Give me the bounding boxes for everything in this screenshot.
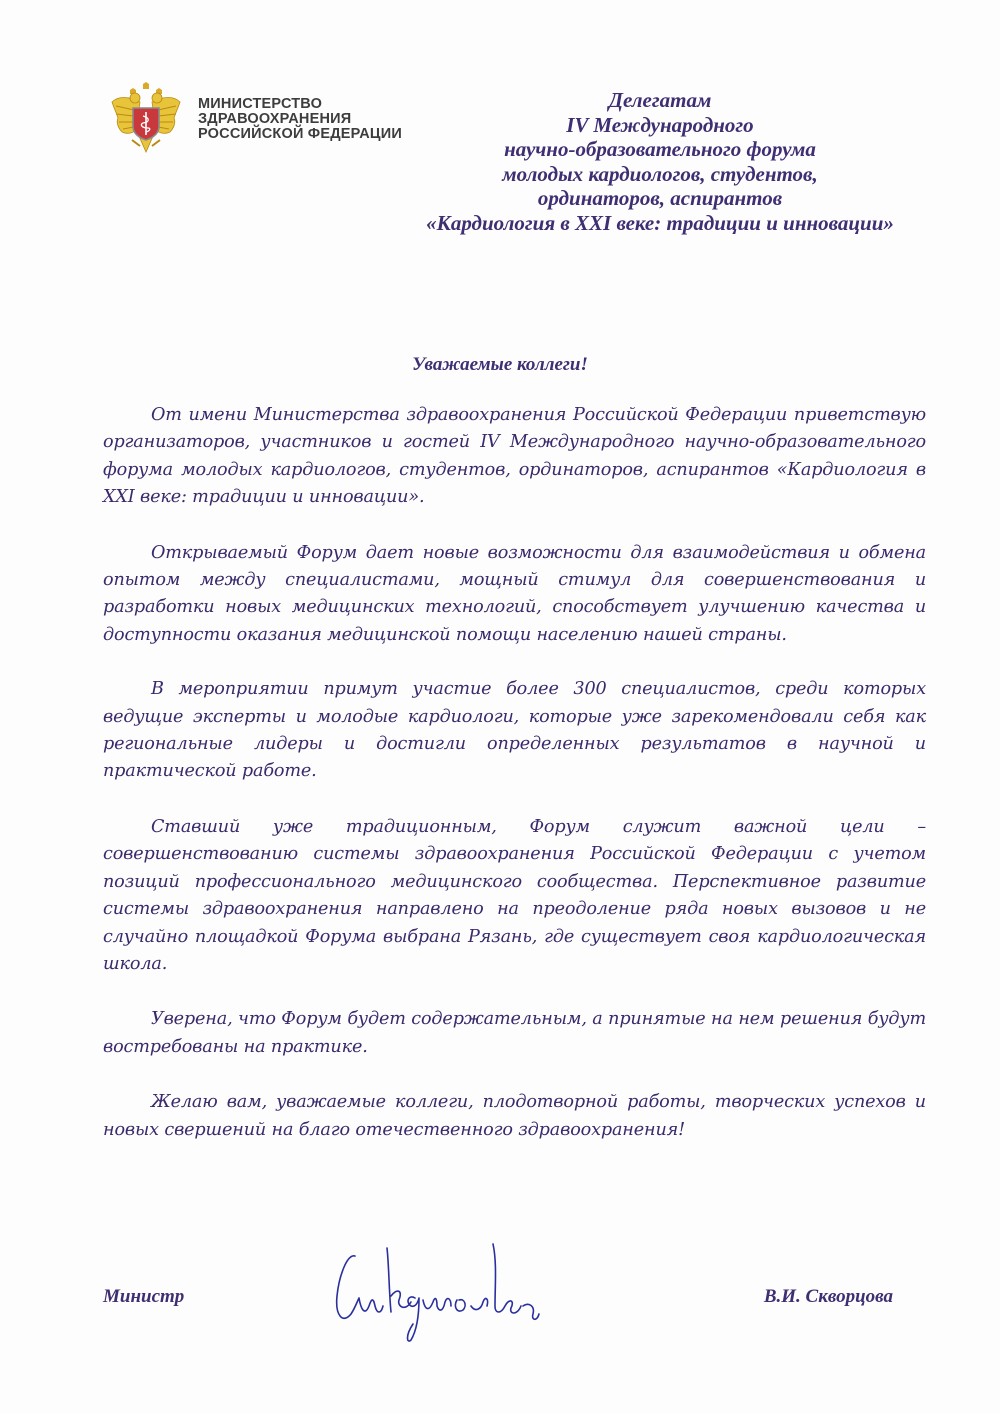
signatory-name: В.И. Скворцова — [764, 1286, 893, 1308]
letter-body: От имени Министерства здравоохранения Ро… — [103, 402, 926, 1172]
salutation: Уважаемые коллеги! — [0, 354, 1000, 376]
ministry-name-line-1: МИНИСТЕРСТВО — [198, 97, 402, 112]
addressee-line: научно-образовательного форума — [390, 137, 930, 162]
body-paragraph: Открываемый Форум дает новые возможности… — [103, 540, 926, 650]
handwritten-signature-icon — [325, 1236, 595, 1346]
addressee-block: Делегатам IV Международного научно-образ… — [390, 88, 930, 235]
body-paragraph: Ставший уже традиционным, Форум служит в… — [103, 814, 926, 978]
body-paragraph: Желаю вам, уважаемые коллеги, плодотворн… — [103, 1089, 926, 1144]
ministry-name-line-2: ЗДРАВООХРАНЕНИЯ — [198, 112, 402, 127]
letterhead: МИНИСТЕРСТВО ЗДРАВООХРАНЕНИЯ РОССИЙСКОЙ … — [110, 82, 402, 156]
addressee-line: молодых кардиологов, студентов, — [390, 162, 930, 187]
ministry-name-line-3: РОССИЙСКОЙ ФЕДЕРАЦИИ — [198, 127, 402, 142]
signature-block: Министр В.И. Скворцова — [103, 1276, 893, 1336]
body-paragraph: В мероприятии примут участие более 300 с… — [103, 676, 926, 786]
ministry-name: МИНИСТЕРСТВО ЗДРАВООХРАНЕНИЯ РОССИЙСКОЙ … — [198, 97, 402, 142]
addressee-line: «Кардиология в XXI веке: традиции и инно… — [390, 211, 930, 236]
letter-page: МИНИСТЕРСТВО ЗДРАВООХРАНЕНИЯ РОССИЙСКОЙ … — [0, 0, 1000, 1414]
addressee-line: Делегатам — [390, 88, 930, 113]
body-paragraph: От имени Министерства здравоохранения Ро… — [103, 402, 926, 512]
addressee-line: IV Международного — [390, 113, 930, 138]
addressee-line: ординаторов, аспирантов — [390, 186, 930, 211]
signatory-title: Министр — [103, 1286, 184, 1308]
body-paragraph: Уверена, что Форум будет содержательным,… — [103, 1006, 926, 1061]
double-headed-eagle-emblem-icon — [110, 82, 182, 156]
